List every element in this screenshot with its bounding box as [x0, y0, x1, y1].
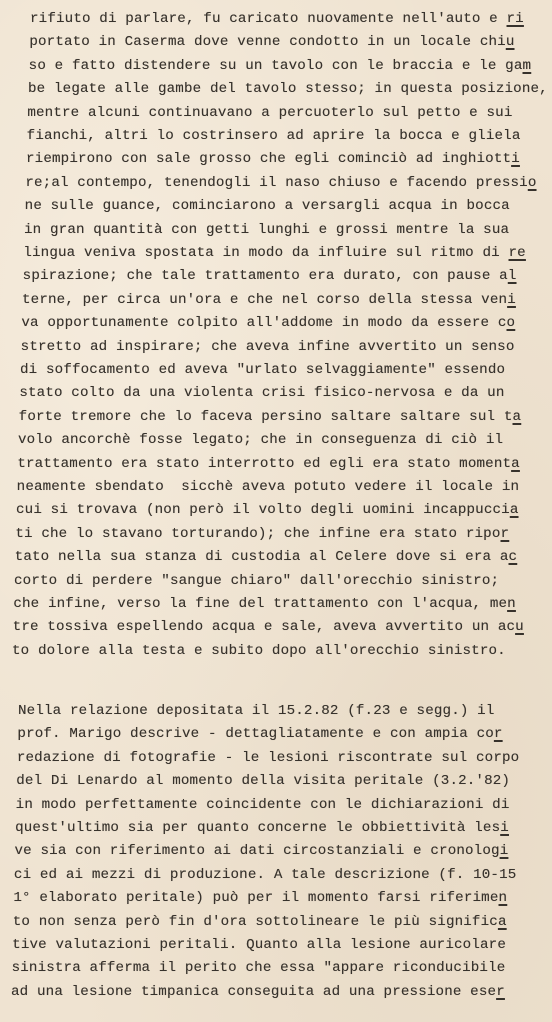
line-text: che infine, verso la fine del trattament…	[13, 596, 507, 612]
line-text: tre tossiva espellendo acqua e sale, ave…	[13, 619, 516, 635]
typewritten-document-page: rifiuto di parlare, fu caricato nuovamen…	[0, 0, 552, 1022]
text-line: to dolore alla testa e subito dopo all'o…	[12, 642, 506, 660]
text-line: ne sulle guance, cominciarono a versargl…	[25, 197, 510, 215]
line-text: 1° elaborato peritale) può per il moment…	[13, 890, 498, 906]
line-text: neamente sbendato sicchè aveva potuto ve…	[17, 479, 520, 495]
text-line: tato nella sua stanza di custodia al Cel…	[15, 548, 518, 566]
text-line: ci ed ai mezzi di produzione. A tale des…	[14, 866, 517, 884]
text-line: forte tremore che lo faceva persino salt…	[19, 408, 522, 426]
line-text: ne sulle guance, cominciarono a versargl…	[25, 198, 510, 214]
line-text: stretto ad inspirare; che aveva infine a…	[21, 339, 515, 355]
line-text: so e fatto distendere su un tavolo con l…	[29, 58, 523, 74]
text-line: che infine, verso la fine del trattament…	[13, 595, 516, 613]
text-line: neamente sbendato sicchè aveva potuto ve…	[17, 478, 520, 496]
line-text: re;al contempo, tenendogli il naso chius…	[25, 175, 528, 191]
line-text: lingua veniva spostata in modo da influi…	[23, 245, 508, 261]
hyphenation-underlined-syllable: l	[508, 268, 517, 284]
text-line: sinistra afferma il perito che essa "app…	[12, 959, 506, 977]
text-line: portato in Caserma dove venne condotto i…	[29, 33, 514, 51]
line-text: riempirono con sale grosso che egli comi…	[26, 151, 511, 167]
line-text: sinistra afferma il perito che essa "app…	[12, 960, 506, 976]
line-text: ti che lo stavano torturando); che infin…	[15, 526, 500, 542]
text-line: re;al contempo, tenendogli il naso chius…	[25, 174, 536, 192]
line-text: redazione di fotografie - le lesioni ris…	[17, 750, 520, 766]
text-line: spirazione; che tale trattamento era dur…	[23, 267, 517, 285]
text-line: so e fatto distendere su un tavolo con l…	[29, 57, 532, 75]
text-line: stretto ad inspirare; che aveva infine a…	[21, 338, 515, 356]
text-line: fianchi, altri lo costrinsero ad aprire …	[27, 127, 521, 145]
text-line: lingua veniva spostata in modo da influi…	[23, 244, 526, 262]
hyphenation-underlined-syllable: a	[511, 456, 520, 472]
text-line: stato colto da una violenta crisi fisico…	[19, 384, 504, 402]
hyphenation-underlined-syllable: u	[515, 619, 524, 635]
text-line: ti che lo stavano torturando); che infin…	[15, 525, 509, 543]
line-text: tato nella sua stanza di custodia al Cel…	[15, 549, 509, 565]
text-line: corto di perdere "sangue chiaro" dall'or…	[14, 572, 499, 590]
hyphenation-underlined-syllable: m	[523, 58, 532, 74]
text-line: tre tossiva espellendo acqua e sale, ave…	[13, 618, 524, 636]
text-line: ad una lesione timpanica conseguita ad u…	[11, 983, 505, 1001]
text-line: in gran quantità con getti lunghi e gros…	[24, 221, 509, 239]
line-text: prof. Marigo descrive - dettagliatamente…	[17, 726, 494, 742]
text-line: prof. Marigo descrive - dettagliatamente…	[17, 725, 502, 743]
line-text: del Di Lenardo al momento della visita p…	[16, 773, 510, 789]
text-line: del Di Lenardo al momento della visita p…	[16, 772, 510, 790]
hyphenation-underlined-syllable: i	[500, 820, 509, 836]
hyphenation-underlined-syllable: i	[511, 151, 520, 167]
line-text: ci ed ai mezzi di produzione. A tale des…	[14, 867, 517, 883]
hyphenation-underlined-syllable: a	[498, 914, 507, 930]
line-text: forte tremore che lo faceva persino salt…	[19, 409, 513, 425]
line-text: to non senza però fin d'ora sottolineare…	[13, 914, 498, 930]
text-line: terne, per circa un'ora e che nel corso …	[22, 291, 516, 309]
text-line: trattamento era stato interrotto ed egli…	[17, 455, 520, 473]
text-line: quest'ultimo sia per quanto concerne le …	[15, 819, 509, 837]
line-text: stato colto da una violenta crisi fisico…	[19, 385, 504, 401]
hyphenation-underlined-syllable: n	[499, 890, 508, 906]
text-line: redazione di fotografie - le lesioni ris…	[17, 749, 520, 767]
line-text: quest'ultimo sia per quanto concerne le …	[15, 820, 500, 836]
line-text: be legate alle gambe del tavolo stesso; …	[28, 81, 548, 97]
hyphenation-underlined-syllable: n	[507, 596, 516, 612]
hyphenation-underlined-syllable: a	[510, 502, 519, 518]
line-text: rifiuto di parlare, fu caricato nuovamen…	[30, 11, 507, 27]
line-text: fianchi, altri lo costrinsero ad aprire …	[27, 128, 521, 144]
text-line: va opportunamente colpito all'addome in …	[21, 314, 515, 332]
hyphenation-underlined-syllable: r	[501, 526, 510, 542]
text-line: be legate alle gambe del tavolo stesso; …	[28, 80, 548, 98]
hyphenation-underlined-syllable: r	[494, 726, 503, 742]
hyphenation-underlined-syllable: c	[509, 549, 518, 565]
line-text: to dolore alla testa e subito dopo all'o…	[12, 643, 506, 659]
text-line: in modo perfettamente coincidente con le…	[16, 796, 510, 814]
line-text: mentre alcuni continuavano a percuoterlo…	[27, 105, 512, 121]
text-line: rifiuto di parlare, fu caricato nuovamen…	[30, 10, 524, 28]
text-line: to non senza però fin d'ora sottolineare…	[13, 913, 507, 931]
line-text: tive valutazioni peritali. Quanto alla l…	[12, 937, 506, 953]
hyphenation-underlined-syllable: r	[496, 984, 505, 1000]
text-line: Nella relazione depositata il 15.2.82 (f…	[18, 702, 495, 720]
line-text: ve sia con riferimento ai dati circostan…	[15, 843, 500, 859]
hyphenation-underlined-syllable: a	[513, 409, 522, 425]
text-line: tive valutazioni peritali. Quanto alla l…	[12, 936, 506, 954]
line-text: in gran quantità con getti lunghi e gros…	[24, 222, 509, 238]
text-line: ve sia con riferimento ai dati circostan…	[15, 842, 509, 860]
line-text: di soffocamento ed aveva "urlato selvagg…	[20, 362, 505, 378]
text-line: cui si trovava (non però il volto degli …	[16, 501, 519, 519]
line-text: spirazione; che tale trattamento era dur…	[23, 268, 508, 284]
line-text: in modo perfettamente coincidente con le…	[16, 797, 510, 813]
hyphenation-underlined-syllable: i	[500, 843, 509, 859]
text-line: riempirono con sale grosso che egli comi…	[26, 150, 520, 168]
text-line: volo ancorchè fosse legato; che in conse…	[18, 431, 503, 449]
hyphenation-underlined-syllable: o	[528, 175, 537, 191]
hyphenation-underlined-syllable: o	[507, 315, 516, 331]
text-line: mentre alcuni continuavano a percuoterlo…	[27, 104, 512, 122]
hyphenation-underlined-syllable: u	[506, 34, 515, 50]
text-line: di soffocamento ed aveva "urlato selvagg…	[20, 361, 505, 379]
line-text: trattamento era stato interrotto ed egli…	[17, 456, 511, 472]
line-text: volo ancorchè fosse legato; che in conse…	[18, 432, 503, 448]
hyphenation-underlined-syllable: i	[507, 292, 516, 308]
hyphenation-underlined-syllable: ri	[507, 11, 524, 27]
line-text: va opportunamente colpito all'addome in …	[21, 315, 506, 331]
line-text: terne, per circa un'ora e che nel corso …	[22, 292, 507, 308]
line-text: corto di perdere "sangue chiaro" dall'or…	[14, 573, 499, 589]
hyphenation-underlined-syllable: re	[509, 245, 526, 261]
line-text: portato in Caserma dove venne condotto i…	[29, 34, 506, 50]
line-text: cui si trovava (non però il volto degli …	[16, 502, 510, 518]
line-text: Nella relazione depositata il 15.2.82 (f…	[18, 703, 495, 719]
line-text: ad una lesione timpanica conseguita ad u…	[11, 984, 496, 1000]
text-line: 1° elaborato peritale) può per il moment…	[13, 889, 507, 907]
